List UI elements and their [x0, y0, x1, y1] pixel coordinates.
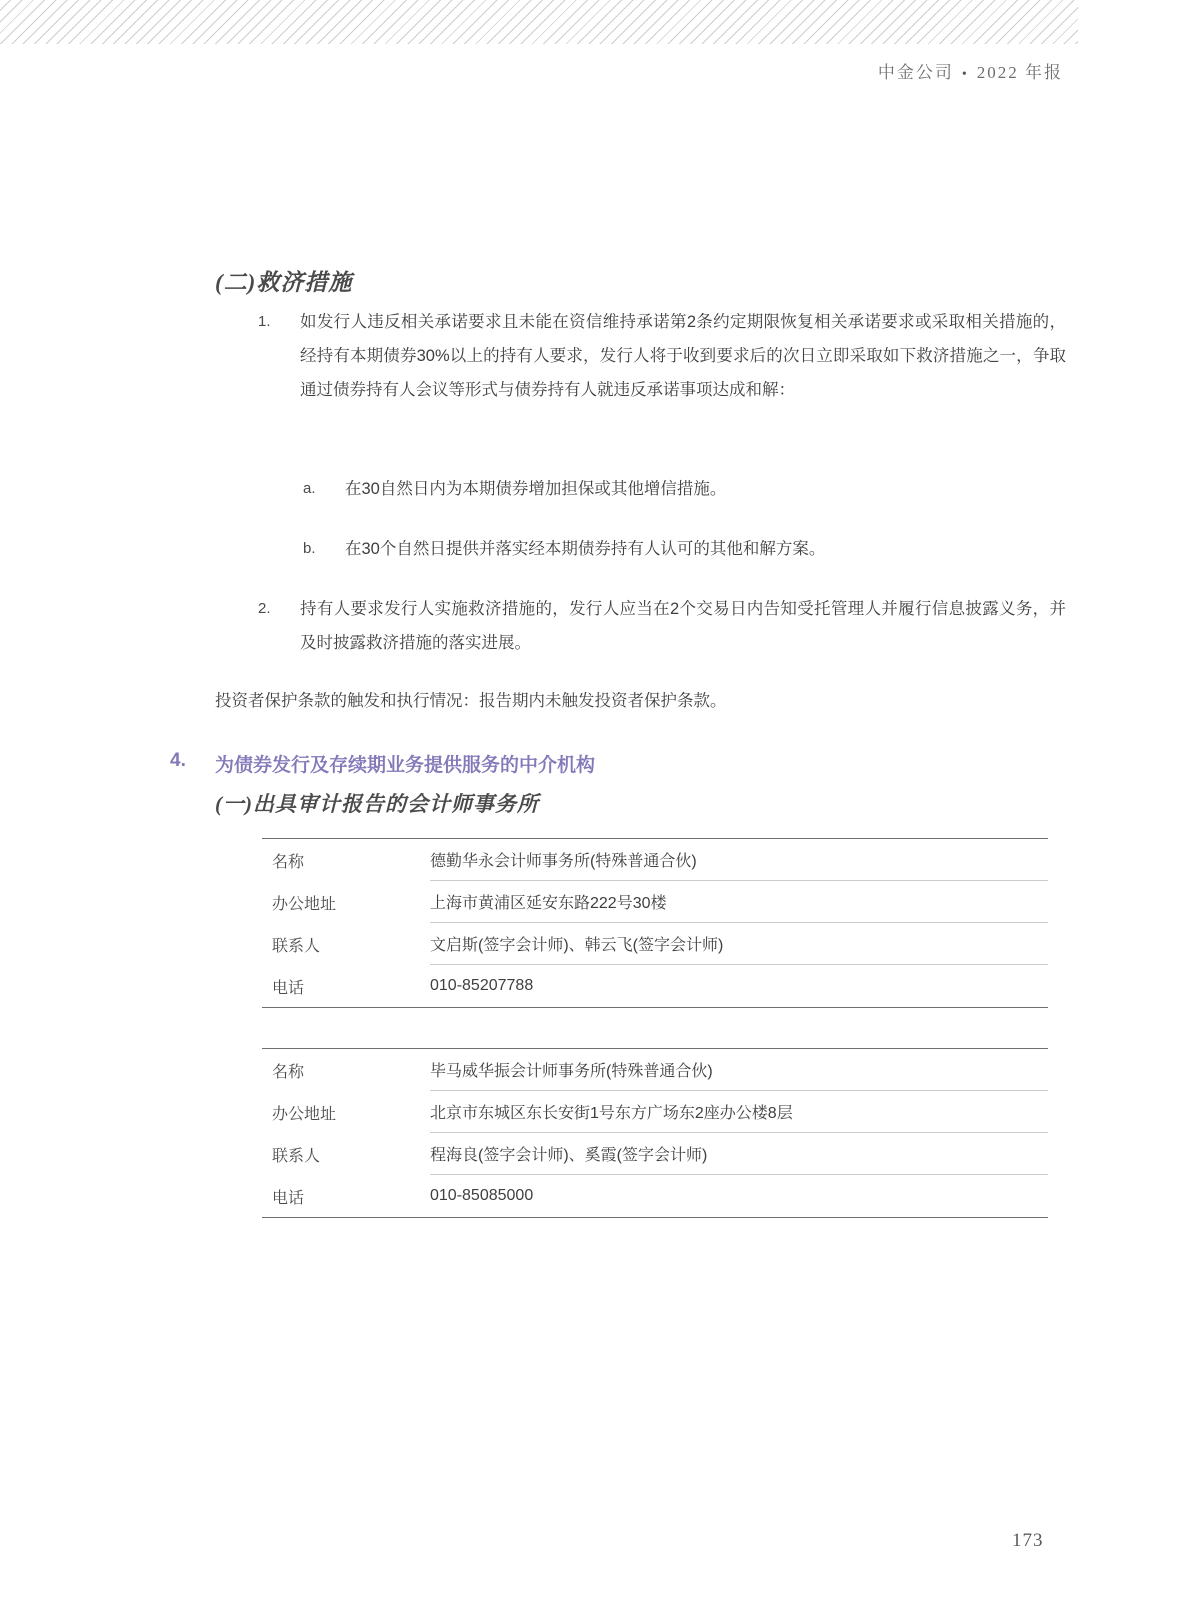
item-text: 如发行人违反相关承诺要求且未能在资信维持承诺第2条约定期限恢复相关承诺要求或采取…	[300, 305, 1066, 407]
item-text: 持有人要求发行人实施救济措施的，发行人应当在2个交易日内告知受托管理人并履行信息…	[300, 592, 1066, 660]
row-value: 北京市东城区东长安街1号东方广场东2座办公楼8层	[430, 1091, 1048, 1133]
investor-protection-note: 投资者保护条款的触发和执行情况：报告期内未触发投资者保护条款。	[215, 686, 727, 716]
row-value: 010-85207788	[430, 965, 1048, 1007]
audit-firm-table-1: 名称 德勤华永会计师事务所(特殊普通合伙) 办公地址 上海市黄浦区延安东路222…	[262, 838, 1048, 1008]
row-label: 名称	[262, 1049, 430, 1091]
subitem-letter: b.	[303, 534, 345, 564]
table-row: 名称 毕马威华振会计师事务所(特殊普通合伙)	[262, 1049, 1048, 1091]
table-row: 办公地址 北京市东城区东长安街1号东方广场东2座办公楼8层	[262, 1091, 1048, 1133]
table-row: 电话 010-85085000	[262, 1175, 1048, 1217]
table-row: 联系人 程海良(签字会计师)、奚霞(签字会计师)	[262, 1133, 1048, 1175]
subitem-text: 在30自然日内为本期债券增加担保或其他增信措施。	[345, 474, 726, 504]
hatch-pattern-band	[0, 0, 1078, 44]
section-4-heading: 4. 为债券发行及存续期业务提供服务的中介机构	[170, 750, 595, 777]
table-row: 电话 010-85207788	[262, 965, 1048, 1007]
table-row: 名称 德勤华永会计师事务所(特殊普通合伙)	[262, 839, 1048, 881]
remedy-measures-heading: (二)救济措施	[215, 264, 352, 297]
table-row: 办公地址 上海市黄浦区延安东路222号30楼	[262, 881, 1048, 923]
row-value: 德勤华永会计师事务所(特殊普通合伙)	[430, 839, 1048, 881]
row-label: 电话	[262, 1175, 430, 1217]
row-label: 办公地址	[262, 1091, 430, 1133]
item-number: 2.	[258, 592, 300, 660]
subitem-text: 在30个自然日提供并落实经本期债券持有人认可的其他和解方案。	[345, 534, 825, 564]
row-value: 010-85085000	[430, 1175, 1048, 1217]
remedy-subitem-a: a. 在30自然日内为本期债券增加担保或其他增信措施。	[303, 474, 726, 504]
page-number: 173	[1012, 1530, 1044, 1552]
table-row: 联系人 文启斯(签字会计师)、韩云飞(签字会计师)	[262, 923, 1048, 965]
row-label: 名称	[262, 839, 430, 881]
item-number: 1.	[258, 305, 300, 407]
header-separator-dot: •	[962, 67, 969, 82]
section-title: 为债券发行及存续期业务提供服务的中介机构	[215, 750, 595, 777]
row-value: 程海良(签字会计师)、奚霞(签字会计师)	[430, 1133, 1048, 1175]
audit-firm-table-2: 名称 毕马威华振会计师事务所(特殊普通合伙) 办公地址 北京市东城区东长安街1号…	[262, 1048, 1048, 1218]
audit-firms-heading: (一)出具审计报告的会计师事务所	[215, 788, 539, 818]
row-label: 联系人	[262, 923, 430, 965]
row-value: 文启斯(签字会计师)、韩云飞(签字会计师)	[430, 923, 1048, 965]
page-header: 中金公司•2022 年报	[878, 58, 1063, 83]
row-label: 办公地址	[262, 881, 430, 923]
row-value: 上海市黄浦区延安东路222号30楼	[430, 881, 1048, 923]
section-number: 4.	[170, 750, 215, 777]
remedy-item-1: 1. 如发行人违反相关承诺要求且未能在资信维持承诺第2条约定期限恢复相关承诺要求…	[258, 305, 1066, 407]
remedy-item-2: 2. 持有人要求发行人实施救济措施的，发行人应当在2个交易日内告知受托管理人并履…	[258, 592, 1066, 660]
report-page: 中金公司•2022 年报 (二)救济措施 1. 如发行人违反相关承诺要求且未能在…	[0, 0, 1190, 1615]
remedy-subitem-b: b. 在30个自然日提供并落实经本期债券持有人认可的其他和解方案。	[303, 534, 825, 564]
row-value: 毕马威华振会计师事务所(特殊普通合伙)	[430, 1049, 1048, 1091]
header-edition: 2022 年报	[977, 63, 1063, 82]
subitem-letter: a.	[303, 474, 345, 504]
header-brand: 中金公司	[878, 63, 954, 82]
row-label: 电话	[262, 965, 430, 1007]
row-label: 联系人	[262, 1133, 430, 1175]
